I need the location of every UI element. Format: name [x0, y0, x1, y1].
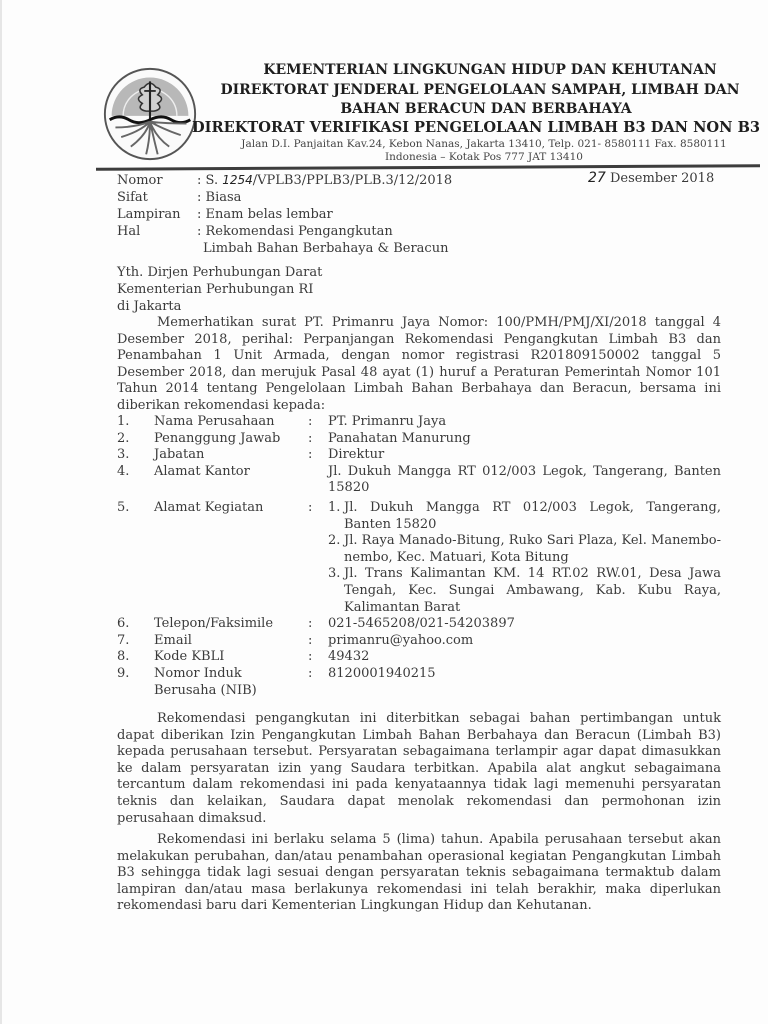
item-label: Kode KBLI: [154, 649, 308, 666]
item-value: PT. Primanru Jaya: [328, 414, 721, 431]
paragraph-purpose: Rekomendasi pengangkutan ini diterbitkan…: [117, 711, 721, 827]
sub-text: Jl. Dukuh Mangga RT 012/003 Legok, Tange…: [344, 500, 721, 533]
item-value: primanru@yahoo.com: [328, 633, 721, 650]
handwritten-number: 1254: [222, 173, 253, 187]
handwritten-day: 27: [588, 170, 606, 186]
meta-sifat: Sifat : Biasa: [117, 189, 452, 206]
item-number: 8.: [117, 649, 154, 666]
directorate-general-name-cont: BAHAN BERACUN DAN BERBAHAYA: [200, 100, 760, 118]
page-edge: [0, 0, 2, 1024]
item-number: 2.: [117, 431, 154, 448]
addressee-city: di Jakarta: [117, 298, 322, 315]
list-item: 1.Nama Perusahaan:PT. Primanru Jaya: [117, 414, 721, 431]
addressee: Yth. Dirjen Perhubungan Darat Kementeria…: [117, 264, 322, 315]
item-colon: :: [308, 447, 328, 464]
item-label: Telepon/Faksimile: [154, 616, 308, 633]
hal-value: : Rekomendasi Pengangkutan: [197, 223, 393, 240]
list-item: 8.Kode KBLI:49432: [117, 649, 721, 666]
item-number: 9.: [117, 666, 154, 699]
meta-hal-cont: Limbah Bahan Berbahaya & Beracun: [117, 240, 452, 257]
nomor-label: Nomor: [117, 172, 197, 189]
nomor-prefix: : S.: [197, 173, 218, 188]
office-address-cont: Indonesia – Kotak Pos 777 JAT 13410: [208, 151, 760, 164]
sub-number: 1.: [328, 500, 344, 533]
item-label: Alamat Kegiatan: [154, 500, 308, 616]
lampiran-label: Lampiran: [117, 206, 197, 223]
item-value: Panahatan Manurung: [328, 431, 721, 448]
letter-page: KEMENTERIAN LINGKUNGAN HIDUP DAN KEHUTAN…: [0, 0, 768, 1024]
item-value: 49432: [328, 649, 721, 666]
item-number: 4.: [117, 464, 154, 497]
sub-text: Jl. Raya Manado-Bitung, Ruko Sari Plaza,…: [344, 533, 721, 566]
date-month-year: Desember 2018: [610, 171, 714, 186]
item-label: Jabatan: [154, 447, 308, 464]
meta-lampiran: Lampiran : Enam belas lembar: [117, 206, 452, 223]
list-item: 6.Telepon/Faksimile:021-5465208/021-5420…: [117, 616, 721, 633]
item-colon: :: [308, 666, 328, 699]
item-label: Penanggung Jawab: [154, 431, 308, 448]
meta-hal: Hal : Rekomendasi Pengangkutan: [117, 223, 452, 240]
item-colon: :: [308, 633, 328, 650]
sub-text: Jl. Trans Kalimantan KM. 14 RT.02 RW.01,…: [344, 566, 721, 616]
paragraph-validity-text: Rekomendasi ini berlaku selama 5 (lima) …: [117, 832, 721, 913]
company-details-list: 1.Nama Perusahaan:PT. Primanru Jaya2.Pen…: [117, 414, 721, 699]
item-value: Jl. Dukuh Mangga RT 012/003 Legok, Tange…: [328, 464, 721, 497]
item-value: 8120001940215: [328, 666, 721, 699]
sub-number: 3.: [328, 566, 344, 616]
ministry-tree-logo-icon: [102, 66, 198, 162]
item-number: 5.: [117, 500, 154, 616]
hal-value-cont: Limbah Bahan Berbahaya & Beracun: [197, 240, 448, 257]
paragraph-purpose-text: Rekomendasi pengangkutan ini diterbitkan…: [117, 711, 721, 826]
item-colon: :: [308, 616, 328, 633]
item-colon: :: [308, 649, 328, 666]
list-item: 2.Penanggung Jawab:Panahatan Manurung: [117, 431, 721, 448]
item-number: 1.: [117, 414, 154, 431]
nomor-suffix: /VPLB3/PPLB3/PLB.3/12/2018: [253, 173, 452, 188]
list-item: 4.Alamat KantorJl. Dukuh Mangga RT 012/0…: [117, 464, 721, 497]
sifat-label: Sifat: [117, 189, 197, 206]
item-value: 021-5465208/021-54203897: [328, 616, 721, 633]
paragraph-intro: Memerhatikan surat PT. Primanru Jaya Nom…: [117, 315, 721, 415]
item-colon: :: [308, 414, 328, 431]
item-number: 7.: [117, 633, 154, 650]
item-label: Alamat Kantor: [154, 464, 308, 497]
meta-nomor: Nomor : S. 1254/VPLB3/PPLB3/PLB.3/12/201…: [117, 172, 452, 189]
addressee-title: Yth. Dirjen Perhubungan Darat: [117, 264, 322, 281]
item-number: 3.: [117, 447, 154, 464]
item-value: 1.Jl. Dukuh Mangga RT 012/003 Legok, Tan…: [328, 500, 721, 616]
letter-meta: Nomor : S. 1254/VPLB3/PPLB3/PLB.3/12/201…: [117, 172, 452, 257]
item-number: 6.: [117, 616, 154, 633]
item-colon: :: [308, 500, 328, 616]
address-sub-item: 2.Jl. Raya Manado-Bitung, Ruko Sari Plaz…: [328, 533, 721, 566]
list-item: 7.Email:primanru@yahoo.com: [117, 633, 721, 650]
address-sub-item: 3.Jl. Trans Kalimantan KM. 14 RT.02 RW.0…: [328, 566, 721, 616]
address-sub-item: 1.Jl. Dukuh Mangga RT 012/003 Legok, Tan…: [328, 500, 721, 533]
letterhead: KEMENTERIAN LINGKUNGAN HIDUP DAN KEHUTAN…: [200, 60, 760, 164]
addressee-institution: Kementerian Perhubungan RI: [117, 281, 322, 298]
office-address: Jalan D.I. Panjaitan Kav.24, Kebon Nanas…: [208, 138, 760, 151]
sub-number: 2.: [328, 533, 344, 566]
sifat-value: : Biasa: [197, 189, 241, 206]
paragraph-intro-text: Memerhatikan surat PT. Primanru Jaya Nom…: [117, 315, 721, 413]
list-item: 3.Jabatan:Direktur: [117, 447, 721, 464]
item-label: Nama Perusahaan: [154, 414, 308, 431]
item-label: Email: [154, 633, 308, 650]
directorate-general-name: DIREKTORAT JENDERAL PENGELOLAAN SAMPAH, …: [200, 80, 760, 100]
paragraph-validity: Rekomendasi ini berlaku selama 5 (lima) …: [117, 832, 721, 915]
list-item: 5.Alamat Kegiatan:1.Jl. Dukuh Mangga RT …: [117, 500, 721, 616]
ministry-name: KEMENTERIAN LINGKUNGAN HIDUP DAN KEHUTAN…: [200, 60, 760, 80]
item-colon: [308, 464, 328, 497]
item-label: Nomor Induk Berusaha (NIB): [154, 666, 308, 699]
list-item: 9.Nomor Induk Berusaha (NIB):81200019402…: [117, 666, 721, 699]
letter-date: 27 Desember 2018: [588, 170, 714, 186]
lampiran-value: : Enam belas lembar: [197, 206, 333, 223]
nomor-value: : S. 1254/VPLB3/PPLB3/PLB.3/12/2018: [197, 172, 452, 189]
hal-label: Hal: [117, 223, 197, 240]
directorate-name: DIREKTORAT VERIFIKASI PENGELOLAAN LIMBAH…: [192, 118, 760, 138]
item-value: Direktur: [328, 447, 721, 464]
item-colon: :: [308, 431, 328, 448]
